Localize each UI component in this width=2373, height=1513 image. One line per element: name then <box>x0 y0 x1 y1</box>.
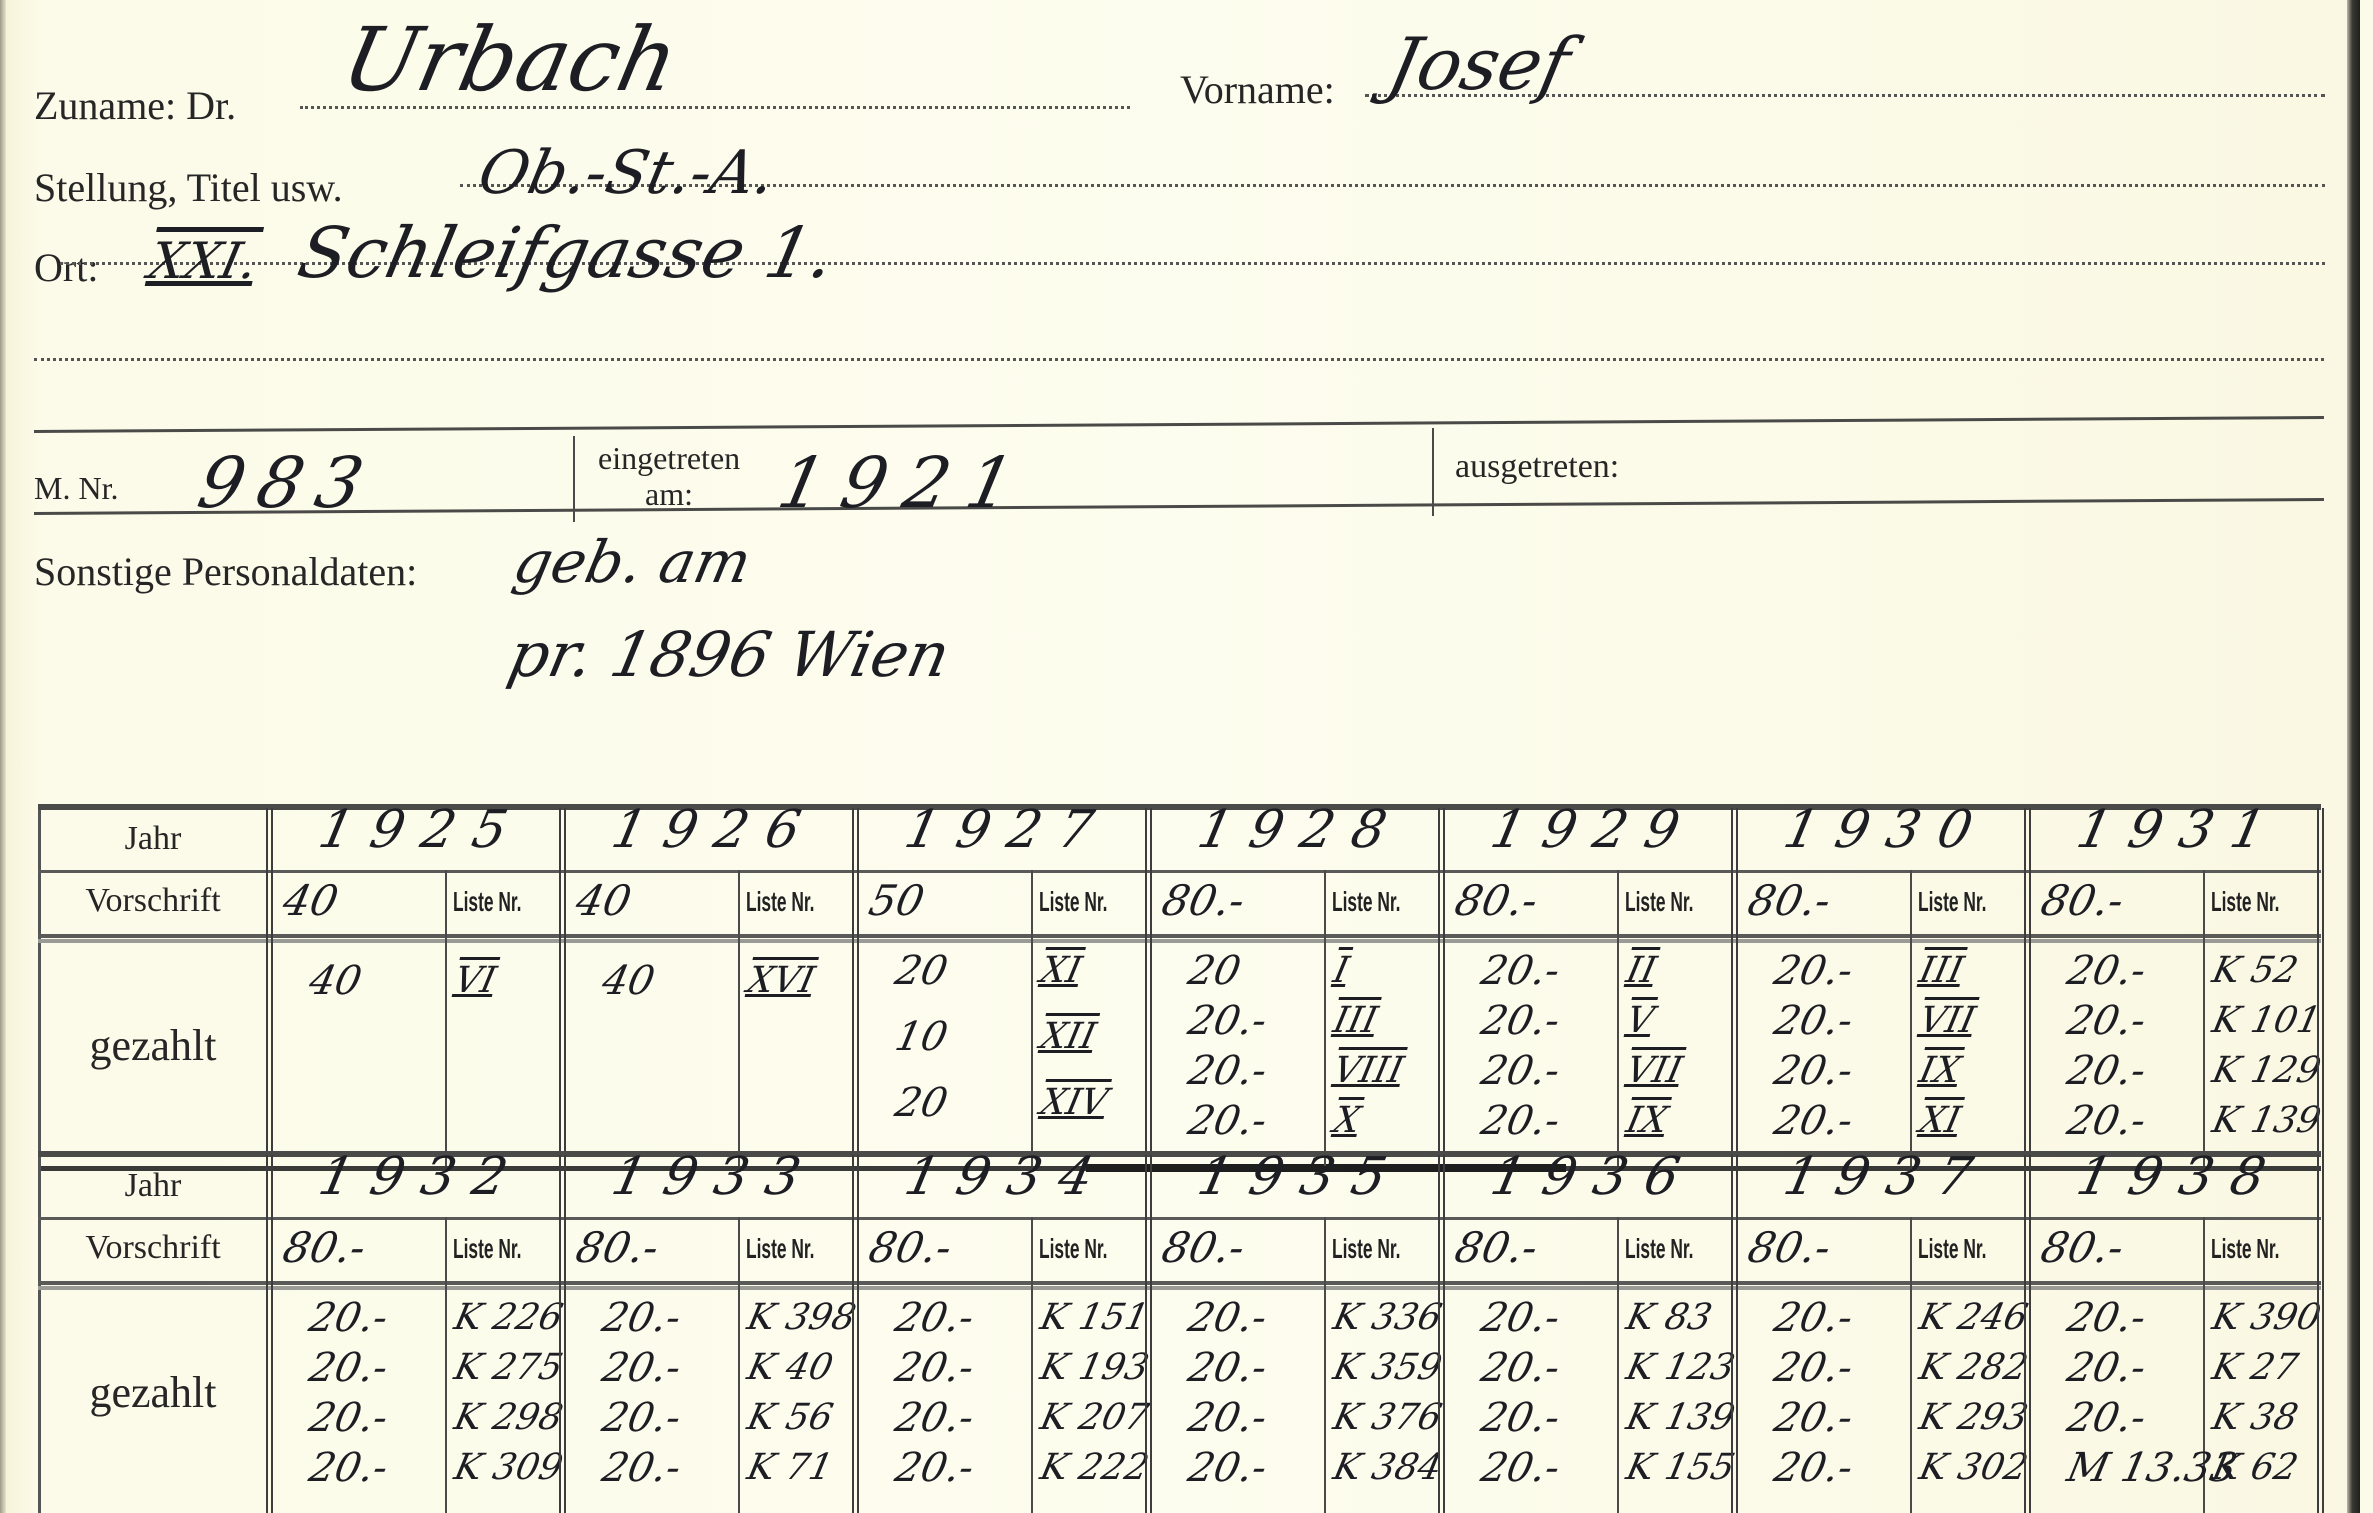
membership-divider-2 <box>1432 428 1434 516</box>
payment-amount: 20.- <box>598 1343 686 1393</box>
ort-value: Schleifgasse 1. <box>291 212 842 294</box>
liste-nr-header: Liste Nr. <box>1918 886 1987 918</box>
payment-list-number: VII <box>1622 1046 1687 1096</box>
year-column-divider <box>1145 1155 1152 1513</box>
year-column-divider <box>266 808 273 1166</box>
year-column-divider <box>559 808 566 1166</box>
year-value: 1925 <box>314 800 531 860</box>
payment-amount: 20.- <box>598 1293 686 1343</box>
liste-nr-header: Liste Nr. <box>453 886 522 918</box>
zuname-label: Zuname: Dr. <box>34 82 236 129</box>
liste-column-divider <box>445 870 447 1166</box>
vorschrift-value: 80.- <box>572 1223 663 1272</box>
payment-list-number: K 129 <box>2208 1046 2326 1096</box>
row-label-jahr: Jahr <box>38 1167 268 1205</box>
vorschrift-value: 50 <box>865 876 929 925</box>
payment-amount: 20.- <box>1477 1046 1565 1096</box>
liste-nr-header: Liste Nr. <box>1625 1233 1694 1265</box>
eingetreten-value: 1921 <box>771 442 1039 524</box>
year-value: 1937 <box>1779 1147 1996 1207</box>
payment-list-number: XII <box>1036 1012 1101 1062</box>
payment-list-number: K 38 <box>2208 1393 2303 1443</box>
payment-list-number: K 62 <box>2208 1443 2303 1493</box>
card-left-edge <box>0 0 6 1513</box>
mnr-value: 983 <box>191 442 384 524</box>
year-value: 1932 <box>314 1147 531 1207</box>
year-value: 1935 <box>1193 1147 1410 1207</box>
year-column-divider <box>1438 808 1445 1166</box>
payment-list-number: K 123 <box>1622 1343 1740 1393</box>
payment-amount: 20.- <box>305 1293 393 1343</box>
year-column-divider <box>559 1155 566 1513</box>
payment-list-number: K 246 <box>1915 1293 2033 1343</box>
liste-nr-header: Liste Nr. <box>1918 1233 1987 1265</box>
payment-list-number: K 139 <box>2208 1096 2326 1146</box>
year-value: 1933 <box>607 1147 824 1207</box>
payment-amount: 40 <box>305 956 367 1006</box>
liste-column-divider <box>738 1217 740 1513</box>
payment-list-number: K 275 <box>450 1343 568 1393</box>
liste-nr-header: Liste Nr. <box>453 1233 522 1265</box>
card-right-edge <box>2347 0 2360 1513</box>
zuname-value: Urbach <box>334 8 687 111</box>
vorname-label: Vorname: <box>1180 66 1335 113</box>
stellung-label: Stellung, Titel usw. <box>34 164 343 211</box>
payment-amount: 20.- <box>2063 946 2151 996</box>
year-column-divider <box>1145 808 1152 1166</box>
payment-list-number: K 151 <box>1036 1293 1154 1343</box>
liste-nr-header: Liste Nr. <box>1039 1233 1108 1265</box>
payment-amount: 20.- <box>1477 1096 1565 1146</box>
payment-amount: 20.- <box>305 1393 393 1443</box>
liste-nr-header: Liste Nr. <box>1332 1233 1401 1265</box>
payment-list-number: K 226 <box>450 1293 568 1343</box>
membership-divider-1 <box>573 436 575 522</box>
payment-list-number: K 83 <box>1622 1293 1717 1343</box>
eingetreten-am-label: am: <box>645 476 693 513</box>
payment-amount: 20.- <box>1184 1393 1272 1443</box>
liste-nr-header: Liste Nr. <box>746 1233 815 1265</box>
payment-amount: 20.- <box>1770 946 1858 996</box>
payment-amount: 20.- <box>891 1293 979 1343</box>
year-value: 1936 <box>1486 1147 1703 1207</box>
year-value: 1928 <box>1193 800 1410 860</box>
row-label-gezahlt: gezahlt <box>38 1367 268 1418</box>
liste-column-divider <box>1617 870 1619 1166</box>
payment-amount: 20.- <box>1477 1393 1565 1443</box>
payment-list-number: K 27 <box>2208 1343 2303 1393</box>
liste-column-divider <box>1910 1217 1912 1513</box>
payment-amount: 20.- <box>1184 996 1272 1046</box>
liste-nr-header: Liste Nr. <box>1332 886 1401 918</box>
liste-column-divider <box>1910 870 1912 1166</box>
vorname-value: Josef <box>1381 22 1577 106</box>
payment-amount: 20.- <box>1477 946 1565 996</box>
table-frame <box>38 808 2321 1166</box>
payment-amount: 20.- <box>1770 1293 1858 1343</box>
payment-list-number: K 193 <box>1036 1343 1154 1393</box>
year-column-divider <box>1731 808 1738 1166</box>
payment-table-1: JahrVorschriftgezahlt192540Liste Nr.40VI… <box>38 808 2321 1166</box>
payment-list-number: K 293 <box>1915 1393 2033 1443</box>
liste-column-divider <box>1324 1217 1326 1513</box>
payment-amount: 20.- <box>891 1393 979 1443</box>
year-value: 1938 <box>2072 1147 2289 1207</box>
payment-amount: 20.- <box>2063 1096 2151 1146</box>
vorschrift-value: 80.- <box>1158 1223 1249 1272</box>
stellung-value: Ob.-St.-A. <box>473 138 782 208</box>
membership-bottom-rule <box>34 498 2324 515</box>
payment-amount: 20.- <box>1184 1293 1272 1343</box>
vorschrift-value: 80.- <box>279 1223 370 1272</box>
payment-list-number: XVI <box>743 956 819 1006</box>
payment-list-number: K 222 <box>1036 1443 1154 1493</box>
table-right-border <box>2317 1155 2324 1513</box>
year-column-divider <box>2024 808 2031 1166</box>
liste-nr-header: Liste Nr. <box>1039 886 1108 918</box>
payment-amount: 10 <box>891 1012 953 1062</box>
payment-list-number: K 384 <box>1329 1443 1447 1493</box>
row-label-vorschrift: Vorschrift <box>38 882 268 920</box>
liste-nr-header: Liste Nr. <box>746 886 815 918</box>
ort-label: Ort: <box>34 244 98 291</box>
payment-list-number: K 398 <box>743 1293 861 1343</box>
eingetreten-label: eingetreten <box>598 440 740 477</box>
payment-list-number: K 359 <box>1329 1343 1447 1393</box>
payment-amount: 20.- <box>2063 1393 2151 1443</box>
payment-amount: 20.- <box>1770 996 1858 1046</box>
payment-amount: 20.- <box>1477 996 1565 1046</box>
year-column-divider <box>1731 1155 1738 1513</box>
payment-list-number: K 40 <box>743 1343 838 1393</box>
payment-amount: 20.- <box>1477 1293 1565 1343</box>
year-value: 1931 <box>2072 800 2289 860</box>
vorschrift-value: 80.- <box>1451 876 1542 925</box>
payment-amount: 40 <box>598 956 660 1006</box>
blank-line <box>34 358 2324 361</box>
vorschrift-row-rule <box>38 934 2321 938</box>
liste-column-divider <box>1031 870 1033 1166</box>
mnr-label: M. Nr. <box>34 470 118 507</box>
payment-amount: 20.- <box>2063 1046 2151 1096</box>
payment-amount: 20.- <box>598 1393 686 1443</box>
payment-list-number: K 336 <box>1329 1293 1447 1343</box>
payment-amount: 20.- <box>891 1443 979 1493</box>
membership-top-rule <box>34 416 2324 433</box>
payment-list-number: XIV <box>1036 1078 1112 1128</box>
payment-list-number: K 101 <box>2208 996 2326 1046</box>
vorschrift-row-rule <box>38 1281 2321 1285</box>
vorschrift-value: 80.- <box>1744 876 1835 925</box>
vorschrift-value: 80.- <box>1158 876 1249 925</box>
payment-amount: 20.- <box>1770 1393 1858 1443</box>
payment-list-number: K 155 <box>1622 1443 1740 1493</box>
payment-amount: 20.- <box>1184 1343 1272 1393</box>
membership-card: Zuname: Dr. Urbach Vorname: Josef Stellu… <box>0 0 2360 1513</box>
ort-district: XXI. <box>144 232 263 290</box>
row-label-jahr: Jahr <box>38 820 268 858</box>
payment-amount: 20 <box>891 1078 953 1128</box>
personal-label: Sonstige Personaldaten: <box>34 548 417 595</box>
year-value: 1934 <box>900 1147 1117 1207</box>
jahr-row-rule <box>38 870 2321 873</box>
year-column-divider <box>852 808 859 1166</box>
payment-amount: 20.- <box>598 1443 686 1493</box>
payment-amount: 20 <box>1184 946 1246 996</box>
liste-column-divider <box>738 870 740 1166</box>
year-column-divider <box>852 1155 859 1513</box>
liste-nr-header: Liste Nr. <box>1625 886 1694 918</box>
payment-list-number: K 56 <box>743 1393 838 1443</box>
year-value: 1926 <box>607 800 824 860</box>
liste-column-divider <box>1617 1217 1619 1513</box>
payment-list-number: K 390 <box>2208 1293 2326 1343</box>
vorschrift-value: 80.- <box>865 1223 956 1272</box>
year-value: 1930 <box>1779 800 1996 860</box>
liste-nr-header: Liste Nr. <box>2211 886 2280 918</box>
personal-line-1: geb. am <box>508 528 757 596</box>
jahr-row-rule <box>38 1217 2321 1220</box>
payment-amount: 20.- <box>2063 1343 2151 1393</box>
payment-list-number: VII <box>1915 996 1980 1046</box>
payment-list-number: K 207 <box>1036 1393 1154 1443</box>
vorschrift-value: 80.- <box>2037 876 2128 925</box>
payment-amount: 20.- <box>1770 1096 1858 1146</box>
liste-column-divider <box>1031 1217 1033 1513</box>
payment-amount: 20.- <box>2063 996 2151 1046</box>
payment-amount: 20 <box>891 946 953 996</box>
payment-list-number: K 376 <box>1329 1393 1447 1443</box>
liste-column-divider <box>1324 870 1326 1166</box>
payment-amount: 20.- <box>1184 1046 1272 1096</box>
payment-list-number: VIII <box>1329 1046 1408 1096</box>
payment-list-number: K 302 <box>1915 1443 2033 1493</box>
payment-list-number: K 139 <box>1622 1393 1740 1443</box>
year-column-divider <box>266 1155 273 1513</box>
year-column-divider <box>2024 1155 2031 1513</box>
payment-amount: 20.- <box>1770 1343 1858 1393</box>
personal-line-2: pr. 1896 Wien <box>502 618 956 691</box>
year-value: 1927 <box>900 800 1117 860</box>
payment-amount: 20.- <box>891 1343 979 1393</box>
table-right-border <box>2317 808 2324 1166</box>
vorschrift-value: 80.- <box>1451 1223 1542 1272</box>
liste-nr-header: Liste Nr. <box>2211 1233 2280 1265</box>
row-label-vorschrift: Vorschrift <box>38 1229 268 1267</box>
payment-list-number: K 309 <box>450 1443 568 1493</box>
year-value: 1929 <box>1486 800 1703 860</box>
payment-amount: 20.- <box>1184 1096 1272 1146</box>
payment-amount: 20.- <box>1184 1443 1272 1493</box>
payment-amount: 20.- <box>1477 1343 1565 1393</box>
vorschrift-value: 80.- <box>2037 1223 2128 1272</box>
payment-list-number: K 298 <box>450 1393 568 1443</box>
payment-list-number: K 71 <box>743 1443 838 1493</box>
year-column-divider <box>1438 1155 1445 1513</box>
vorschrift-value: 40 <box>279 876 343 925</box>
vorschrift-value: 40 <box>572 876 636 925</box>
payment-amount: 20.- <box>305 1343 393 1393</box>
payment-list-number: K 52 <box>2208 946 2303 996</box>
payment-table-2: JahrVorschriftgezahlt193280.-Liste Nr.20… <box>38 1155 2321 1513</box>
payment-amount: 20.- <box>305 1443 393 1493</box>
ausgetreten-label: ausgetreten: <box>1455 448 1619 486</box>
payment-amount: 20.- <box>2063 1293 2151 1343</box>
row-label-gezahlt: gezahlt <box>38 1020 268 1071</box>
payment-list-number: K 282 <box>1915 1343 2033 1393</box>
payment-amount: 20.- <box>1770 1443 1858 1493</box>
liste-column-divider <box>2203 870 2205 1166</box>
vorschrift-value: 80.- <box>1744 1223 1835 1272</box>
payment-amount: 20.- <box>1477 1443 1565 1493</box>
payment-amount: 20.- <box>1770 1046 1858 1096</box>
liste-column-divider <box>445 1217 447 1513</box>
